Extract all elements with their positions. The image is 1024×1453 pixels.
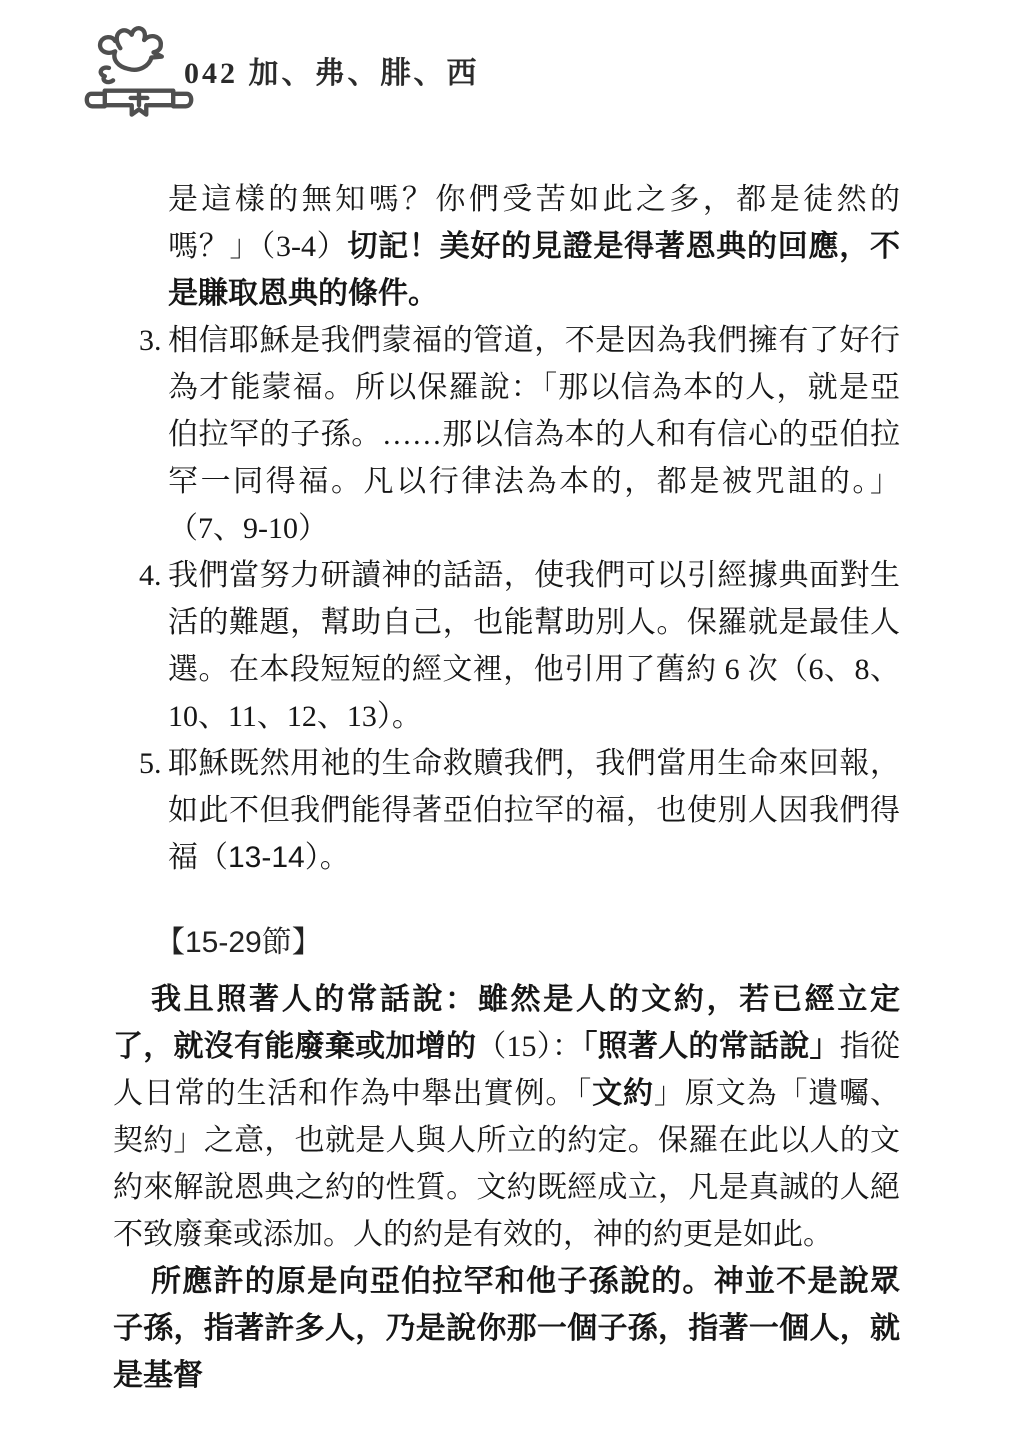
commentary-content: 是這樣的無知嗎？你們受苦如此之多，都是徒然的嗎？」（3-4）切記！美好的見證是得… [113, 176, 900, 1399]
dove-scroll-logo-icon [82, 22, 196, 118]
list-item: 3. 相信耶穌是我們蒙福的管道，不是因為我們擁有了好行為才能蒙福。所以保羅說：「… [168, 317, 900, 552]
list-item: 5. 耶穌既然用祂的生命救贖我們，我們當用生命來回報，如此不但我們能得著亞伯拉罕… [168, 740, 900, 881]
emphasized-scripture-text: 「照著人的常話說」 [582, 1030, 839, 1063]
list-number: 4. [139, 552, 162, 599]
list-item-continuation: 是這樣的無知嗎？你們受苦如此之多，都是徒然的嗎？」（3-4）切記！美好的見證是得… [168, 176, 900, 317]
section-heading: 【15-29節】 [155, 919, 900, 966]
list-item-text: 相信耶穌是我們蒙福的管道，不是因為我們擁有了好行為才能蒙福。所以保羅說：「那以信… [168, 317, 900, 552]
list-number: 5. [139, 740, 162, 787]
commentary-text: 耶穌既然用祂的生命救贖我們，我們當用生命來回報，如此不但我們能得著亞伯拉罕的福，… [168, 747, 900, 874]
commentary-paragraph: 我且照著人的常話說：雖然是人的文約，若已經立定了，就沒有能廢棄或加增的（15）：… [113, 976, 900, 1258]
commentary-paragraph: 所應許的原是向亞伯拉罕和他子孫說的。神並不是說眾子孫，指著許多人，乃是說你那一個… [113, 1258, 900, 1399]
emphasized-scripture-text: 所應許的原是向亞伯拉罕和他子孫說的。神並不是說眾子孫，指著許多人，乃是說你那一個… [113, 1265, 900, 1392]
list-item-text: 我們當努力研讀神的話語，使我們可以引經據典面對生活的難題，幫助自己，也能幫助別人… [168, 552, 900, 740]
verse-reference: （15）： [476, 1030, 582, 1063]
list-item: 4. 我們當努力研讀神的話語，使我們可以引經據典面對生活的難題，幫助自己，也能幫… [168, 552, 900, 740]
list-item-text: 耶穌既然用祂的生命救贖我們，我們當用生命來回報，如此不但我們能得著亞伯拉罕的福，… [168, 740, 900, 881]
book-page: 042 加、弗、腓、西 是這樣的無知嗎？你們受苦如此之多，都是徒然的嗎？」（3-… [0, 0, 1024, 1453]
running-head-title: 042 加、弗、腓、西 [184, 48, 480, 92]
emphasized-term: 文約 [592, 1077, 654, 1110]
list-number: 3. [139, 317, 162, 364]
